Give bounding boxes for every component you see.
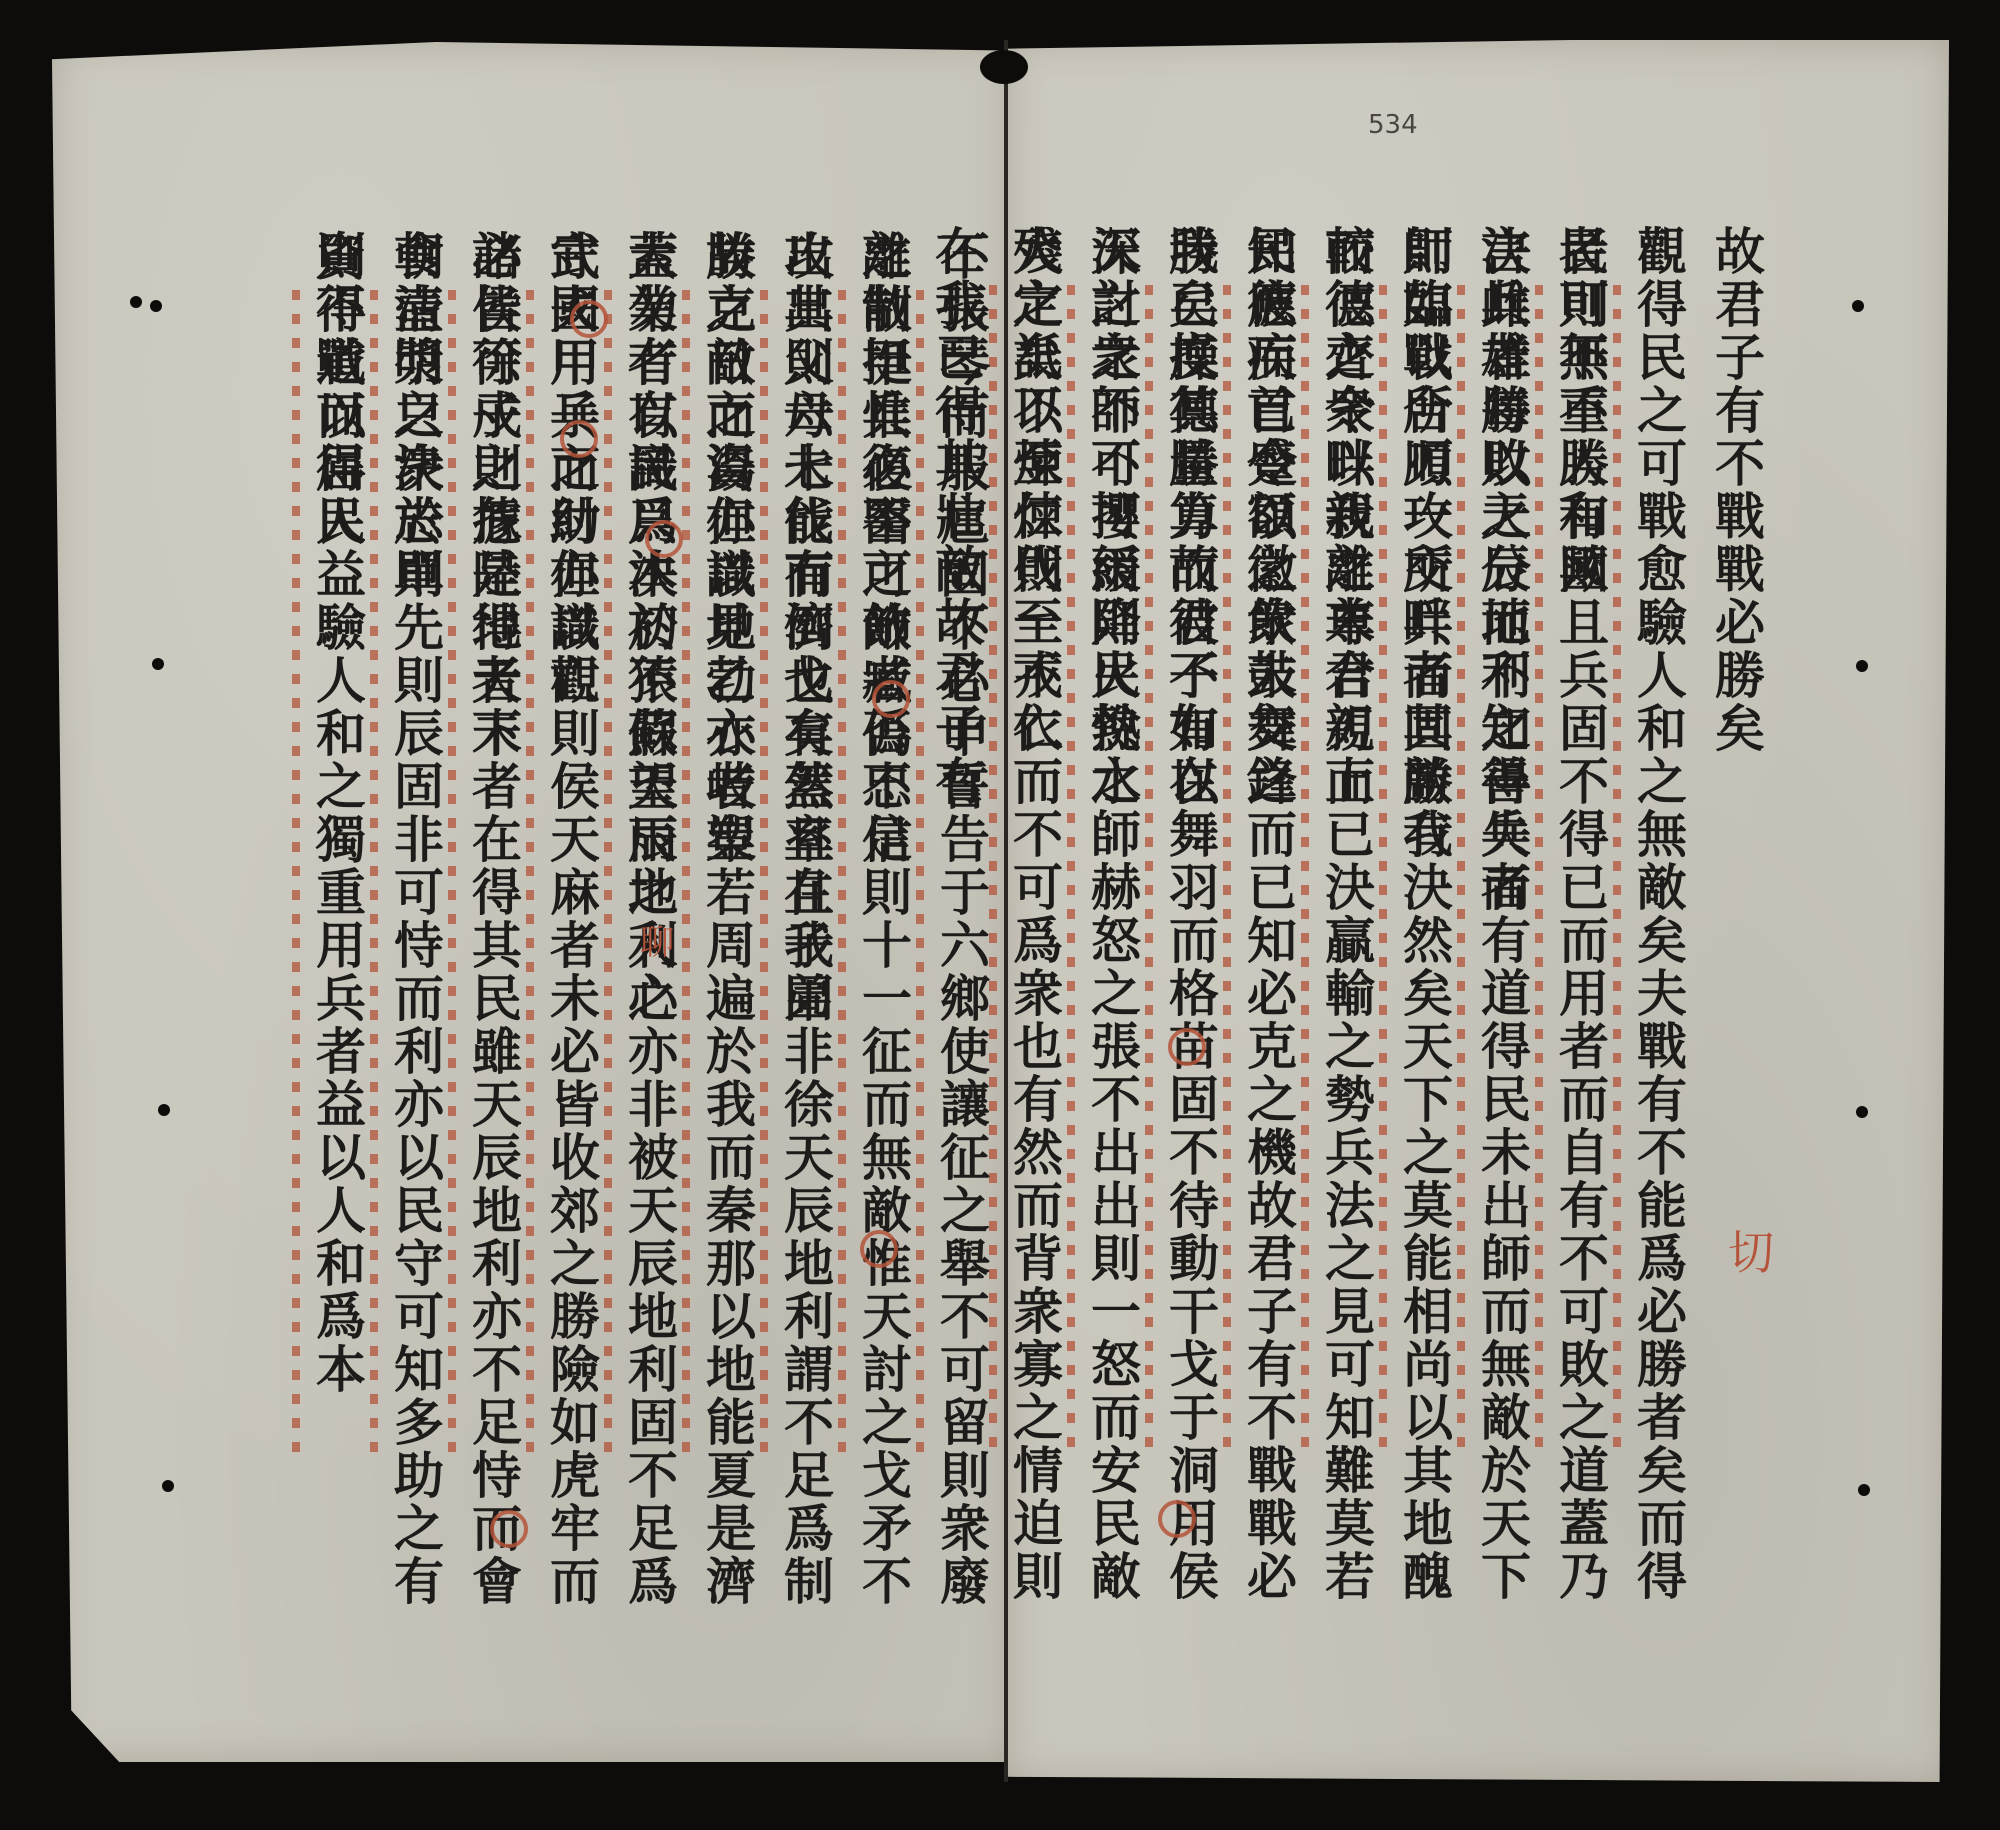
text-column: 食壺漿之衆志則先則辰固非可恃而利亦以民守可知多助之有資得道以得民 (376, 230, 454, 1660)
text-column: 師如以所順攻所畔者其勝有決然矣天下之莫能相尚以其地醜而德齊令以我之尊君親上 (1385, 225, 1463, 1655)
text-column: 必皆徐子之危是得天下者在得其民雖天辰地利亦不足恃而會朝清明只決於單 (454, 230, 532, 1660)
binding-hole (130, 296, 142, 308)
binding-hole (1858, 1484, 1870, 1496)
text-column: 者可不重人和歟且兵固不得已而用者而自有不可敗之道蓋乃言兵者每以天辰地利之得失而 (1541, 225, 1619, 1655)
text-column: 不張琴而服扈固不必申誓告于六鄉使讓征之舉不可留則衆廢離散甲兵必不可敵者僞忠信 (922, 230, 1000, 1660)
red-circle-mark (490, 1510, 528, 1548)
right-page-text: 故君子有不戰戰必勝矣 觀得民之可戰愈驗人和之無敵矣夫戰有不能爲必勝者矣而得民則無… (1055, 225, 1775, 1655)
binding-hole (1856, 1106, 1868, 1118)
page-number: 534 (1368, 110, 1418, 140)
text-column: 攻其父母未能有濟也有然且在我固非徐天辰地利謂不足爲制勝克敵之資但識見乙亦者槊 (766, 230, 844, 1660)
interlinear-annotation: 聊 (640, 915, 674, 964)
text-column: 觀得民之可戰愈驗人和之無敵矣夫戰有不能爲必勝者矣而得民則無不勝有國 (1619, 225, 1697, 1655)
binding-hole (162, 1480, 174, 1492)
text-column: 我已操其勝算故君子有以舞羽而格苗固不待動干戈于洞用侯天討之師不可緩則火熱水 (1151, 225, 1229, 1655)
binding-hole (150, 300, 162, 312)
red-circle-mark (1158, 1500, 1196, 1538)
red-circle-mark (645, 520, 683, 558)
text-column: 之制挺惟復醫之飾臧否不足則十一征而無敵惟天討之戈矛不出出則六七伐而倒戈矣蓋率且子… (844, 230, 922, 1660)
red-circle-mark (1168, 1028, 1206, 1066)
binding-hole (1852, 300, 1864, 312)
text-column: 故之日而湯亦以地勃衣岐豈若周遍於我而秦那以地能夏是濟大業者以民爲本初不假天辰地利… (688, 230, 766, 1660)
red-circle-mark (872, 680, 910, 718)
text-column: 民應疾首蹙額之衆未交鋒而已知必克之機故君子有不戰戰必勝矣度德量力而彼不如在 (1229, 225, 1307, 1655)
binding-hole (152, 658, 164, 670)
binding-hole (158, 1104, 170, 1116)
text-column: 則不戰而屈人益驗人和之獨重用兵者益以人和爲本 (298, 230, 376, 1660)
red-circle-mark (570, 300, 608, 338)
text-column: 故君子有不戰戰必勝矣 (1697, 225, 1775, 1655)
red-circle-mark (860, 1230, 898, 1268)
margin-annotation: 切 (1715, 1228, 1781, 1274)
text-column: 深之衆不可攖雨降民悅之師赫怒之張不出出則一怒而安民敵殘之詆不煉煉則一戎衣而 (1073, 225, 1151, 1655)
text-column: 大定矣以至仁伐至不仁而不可爲衆也有然而背衆寡之情迫則在我已得其壯敵故君子有 (995, 225, 1073, 1655)
text-column: 決雌雄勝敗之分而不知善兵者有道得民未出師而無敵於天下則臨戰合刃一交兵而固敵我 (1463, 225, 1541, 1655)
binding-knot (980, 50, 1028, 84)
red-circle-mark (560, 420, 598, 458)
binding-hole (1856, 660, 1868, 672)
text-column: 較彼之衆畔親離未合刃而已決贏輸之勢兵法之見可知難莫若知彼而已令以徽飲鼓舞之 (1307, 225, 1385, 1655)
